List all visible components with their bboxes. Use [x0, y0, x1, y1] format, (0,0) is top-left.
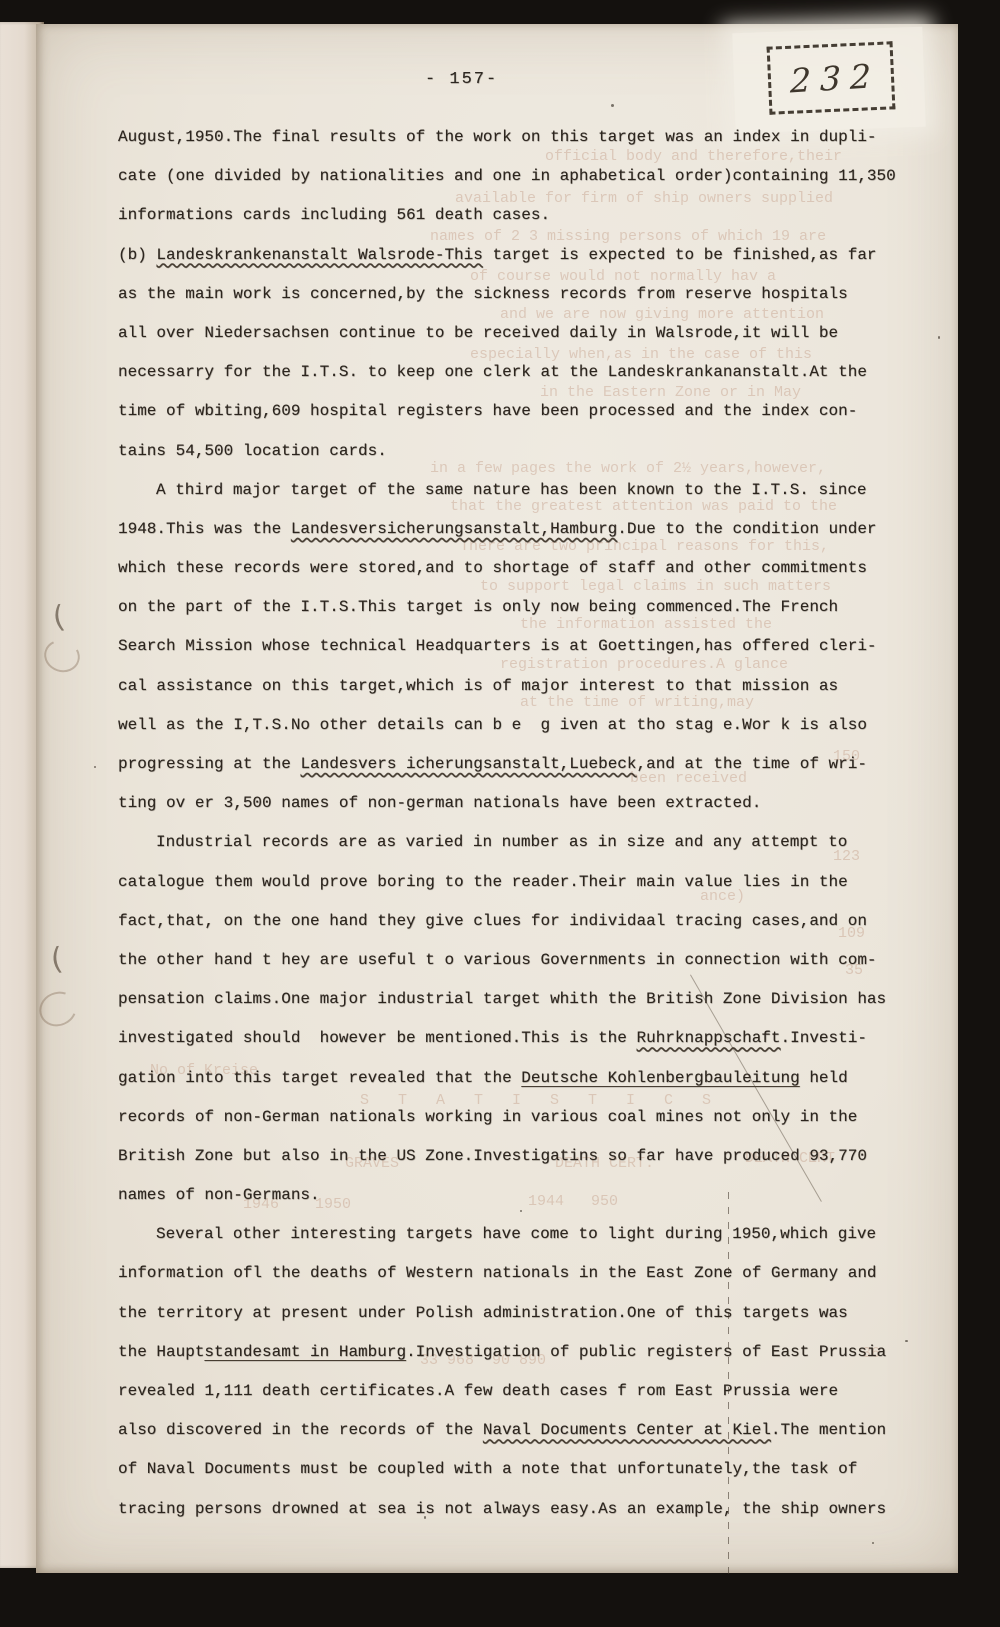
text-segment: ,and at the time of wri-: [637, 755, 867, 773]
text-line: names of non-Germans.: [118, 1176, 930, 1215]
text-segment: Search Mission whose technical Headquart…: [118, 637, 877, 655]
text-segment: which these records were stored,and to s…: [118, 559, 867, 577]
text-segment: of Naval Documents must be coupled with …: [118, 1460, 857, 1478]
text-line: cate (one divided by nationalities and o…: [118, 157, 930, 196]
text-line: ting ov er 3,500 names of non-german nat…: [118, 784, 930, 823]
text-segment: tains 54,500 location cards.: [118, 442, 387, 460]
text-segment: .The mention: [771, 1421, 886, 1439]
text-segment: as the main work is concerned,by the sic…: [118, 285, 848, 303]
text-line: Search Mission whose technical Headquart…: [118, 627, 930, 666]
text-segment: time of wbiting,609 hospital registers h…: [118, 402, 857, 420]
text-line: A third major target of the same nature …: [118, 471, 930, 510]
text-segment: target is expected to be finished,as far: [483, 246, 877, 264]
text-segment: well as the I,T.S.No other details can b…: [118, 716, 867, 734]
text-segment: catalogue them would prove boring to the…: [118, 873, 848, 891]
text-segment: A third major target of the same nature …: [156, 481, 867, 499]
text-segment: held: [800, 1069, 848, 1087]
text-segment: records of non-German nationals working …: [118, 1108, 857, 1126]
text-segment: revealed 1,111 death certificates.A few …: [118, 1382, 838, 1400]
text-segment: tracing persons drowned at sea is not al…: [118, 1500, 886, 1518]
text-line: fact,that, on the one hand they give clu…: [118, 902, 930, 941]
text-segment: information ofl the deaths of Western na…: [118, 1264, 877, 1282]
text-segment: British Zone but also in the US Zone.Inv…: [118, 1147, 867, 1165]
text-line: British Zone but also in the US Zone.Inv…: [118, 1137, 930, 1176]
text-segment: also discovered in the records of the: [118, 1421, 483, 1439]
text-line: the Hauptstandesamt in Hamburg.Investiga…: [118, 1333, 930, 1372]
text-line: catalogue them would prove boring to the…: [118, 863, 930, 902]
paper-speck: [94, 766, 96, 768]
text-line: informations cards including 561 death c…: [118, 196, 930, 235]
underlined-text-segment: Landeskrankenanstalt Walsrode-This: [156, 246, 482, 264]
text-line: of Naval Documents must be coupled with …: [118, 1450, 930, 1489]
text-line: on the part of the I.T.S.This target is …: [118, 588, 930, 627]
text-segment: names of non-Germans.: [118, 1186, 320, 1204]
paper-speck: [938, 336, 940, 339]
text-segment: gation into this target revealed that th…: [118, 1069, 521, 1087]
paper-speck: [611, 104, 614, 107]
text-segment: cal assistance on this target,which is o…: [118, 677, 838, 695]
text-line: well as the I,T.S.No other details can b…: [118, 706, 930, 745]
text-segment: (b): [118, 246, 156, 264]
underlined-text-segment: Ruhrknappschaft: [636, 1029, 780, 1047]
text-segment: the other hand t hey are useful t o vari…: [118, 951, 877, 969]
document-page: - 157- 232 official body and therefore,t…: [36, 24, 958, 1573]
paper-speck: [520, 1210, 522, 1212]
text-line: all over Niedersachsen continue to be re…: [118, 314, 930, 353]
text-segment: .Investigation of public registers of Ea…: [406, 1343, 886, 1361]
text-line: revealed 1,111 death certificates.A few …: [118, 1372, 930, 1411]
text-line: the other hand t hey are useful t o vari…: [118, 941, 930, 980]
text-segment: Industrial records are as varied in numb…: [156, 833, 847, 851]
text-line: August,1950.The final results of the wor…: [118, 118, 930, 157]
text-segment: 1948.This was the: [118, 520, 291, 538]
text-line: tains 54,500 location cards.: [118, 432, 930, 471]
text-segment: all over Niedersachsen continue to be re…: [118, 324, 838, 342]
text-line: investigated should however be mentioned…: [118, 1019, 930, 1058]
text-segment: investigated should however be mentioned…: [118, 1029, 636, 1047]
text-line: pensation claims.One major industrial ta…: [118, 980, 930, 1019]
text-segment: .Investi-: [781, 1029, 867, 1047]
underlined-text-segment: standesamt in Hamburg: [204, 1343, 406, 1361]
text-line: information ofl the deaths of Western na…: [118, 1254, 930, 1293]
text-segment: August,1950.The final results of the wor…: [118, 128, 877, 146]
paper-speck: [424, 1516, 426, 1519]
underlined-text-segment: Deutsche Kohlenbergbauleitung: [521, 1069, 799, 1087]
text-line: as the main work is concerned,by the sic…: [118, 275, 930, 314]
text-segment: progressing at the: [118, 755, 300, 773]
text-line: time of wbiting,609 hospital registers h…: [118, 392, 930, 431]
text-segment: fact,that, on the one hand they give clu…: [118, 912, 867, 930]
text-line: progressing at the Landesvers icherungsa…: [118, 745, 930, 784]
text-segment: informations cards including 561 death c…: [118, 206, 550, 224]
underlined-text-segment: Landesvers icherungsanstalt,Luebeck: [300, 755, 636, 773]
text-line: Industrial records are as varied in numb…: [118, 823, 930, 862]
text-segment: cate (one divided by nationalities and o…: [118, 167, 896, 185]
text-segment: the territory at present under Polish ad…: [118, 1304, 848, 1322]
text-line: which these records were stored,and to s…: [118, 549, 930, 588]
text-line: tracing persons drowned at sea is not al…: [118, 1490, 930, 1529]
text-line: necessarry for the I.T.S. to keep one cl…: [118, 353, 930, 392]
typewritten-text: August,1950.The final results of the wor…: [118, 118, 930, 1529]
text-segment: the Haupt: [118, 1343, 204, 1361]
text-segment: pensation claims.One major industrial ta…: [118, 990, 886, 1008]
paper-speck: [905, 1340, 908, 1342]
text-line: records of non-German nationals working …: [118, 1098, 930, 1137]
paper-speck: [872, 1542, 874, 1544]
text-line: Several other interesting targets have c…: [118, 1215, 930, 1254]
text-segment: .Due to the condition under: [617, 520, 876, 538]
text-line: also discovered in the records of the Na…: [118, 1411, 930, 1450]
text-line: gation into this target revealed that th…: [118, 1059, 930, 1098]
text-line: the territory at present under Polish ad…: [118, 1294, 930, 1333]
text-segment: necessarry for the I.T.S. to keep one cl…: [118, 363, 867, 381]
scan-canvas: - 157- 232 official body and therefore,t…: [0, 0, 1000, 1627]
text-segment: Several other interesting targets have c…: [156, 1225, 876, 1243]
text-line: (b) Landeskrankenanstalt Walsrode-This t…: [118, 236, 930, 275]
text-line: 1948.This was the Landesversicherungsans…: [118, 510, 930, 549]
text-segment: on the part of the I.T.S.This target is …: [118, 598, 838, 616]
text-line: cal assistance on this target,which is o…: [118, 667, 930, 706]
underlined-text-segment: Landesversicherungsanstalt,Hamburg: [291, 520, 617, 538]
text-segment: ting ov er 3,500 names of non-german nat…: [118, 794, 761, 812]
vertical-crease: [728, 1192, 729, 1574]
